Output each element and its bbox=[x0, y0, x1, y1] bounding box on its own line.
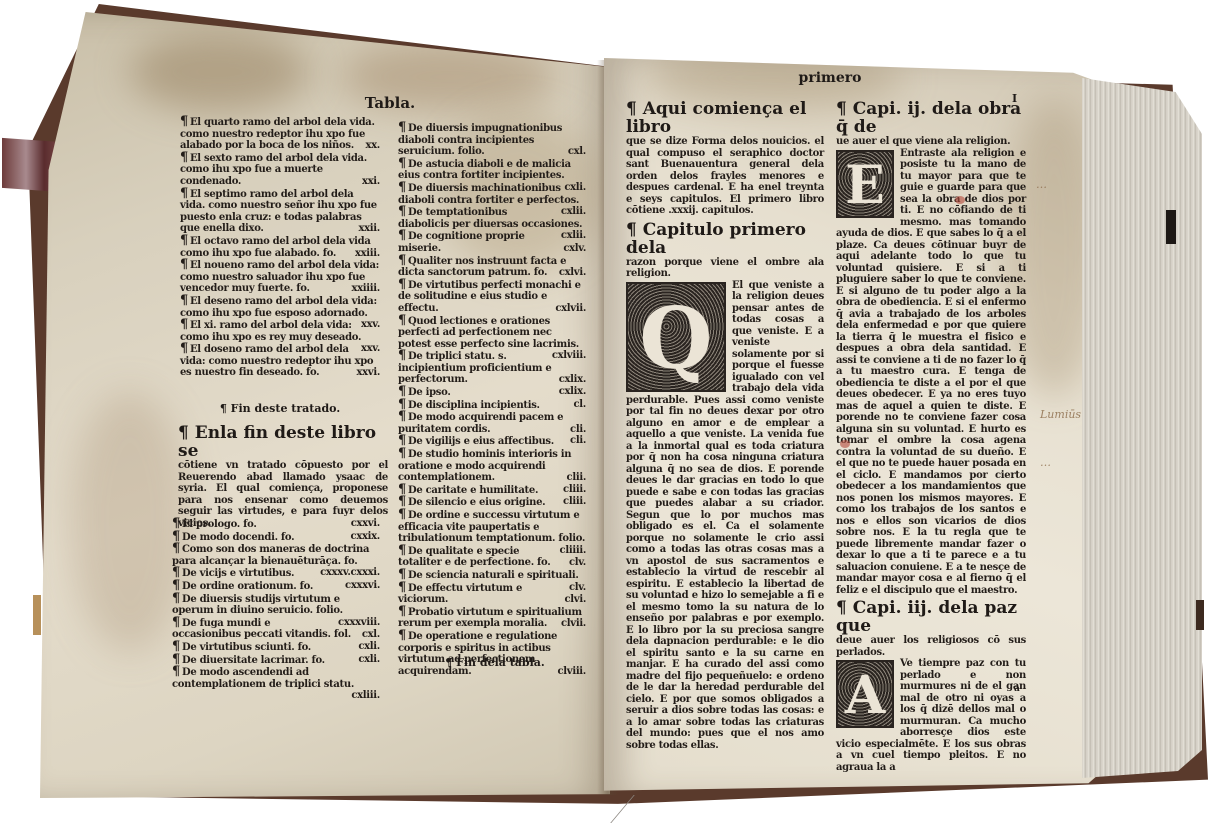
toc-entry: ¶El doseno ramo del arbol dela vida: com… bbox=[180, 343, 380, 379]
toc-entry: ¶De vicijs e virtutibus. cxxxv. bbox=[172, 567, 380, 580]
red-ink-mark bbox=[955, 196, 965, 204]
signature-mark: a bbox=[1014, 684, 1020, 694]
left-col1-toc: ¶El quarto ramo del arbol dela vida. com… bbox=[180, 116, 380, 379]
toc-entry: ¶Quod lectiones e orationes perfecti ad … bbox=[398, 315, 586, 351]
page-tab-marker bbox=[33, 595, 41, 635]
chapter-3-heading: ¶ Capi. iij. dela paz que bbox=[836, 599, 1026, 635]
toc-entry: ¶De ordine e successu virtutum e efficac… bbox=[398, 509, 586, 545]
toc-entry: ¶De astucia diaboli e de malicia eius co… bbox=[398, 158, 586, 182]
toc-entry: ¶De modo ascendendi ad contemplationem d… bbox=[172, 666, 380, 690]
toc-entry: ¶El sexto ramo del arbol dela vida. como… bbox=[180, 152, 380, 188]
toc-entry: ¶De temptationibus diabolicis per diuers… bbox=[398, 206, 586, 230]
toc-entry: ¶De diuersis machinationibus diaboli con… bbox=[398, 182, 586, 206]
toc-entry: ¶De ordine orationum. fo. cxxxvi. bbox=[172, 580, 380, 593]
clasp-lower bbox=[1196, 600, 1204, 630]
decorated-initial: A bbox=[836, 660, 894, 728]
chapter-3-subheading: deue auer los religiosos cō sus perlados… bbox=[836, 635, 1026, 658]
decorated-initial: E bbox=[836, 150, 894, 218]
toc-entry: ¶De modo docendi. fo. cxxix. bbox=[172, 531, 380, 544]
margin-annotation: … bbox=[1040, 456, 1051, 469]
clasp bbox=[1166, 210, 1176, 244]
toc-entry: ¶De diuersis studijs virtutum e operum i… bbox=[172, 593, 380, 617]
toc-entry: ¶El septimo ramo del arbol dela vida. co… bbox=[180, 188, 380, 235]
toc-entry: ¶El deseno ramo del arbol dela vida: com… bbox=[180, 295, 380, 319]
margin-annotation: Lumiūs bbox=[1040, 408, 1081, 421]
toc-entry: ¶De diuersis impugnationibus diaboli con… bbox=[398, 122, 586, 158]
section-heading: ¶ Enla fin deste libro se bbox=[178, 424, 388, 460]
toc-entry: ¶De effectu virtutum e viciorum. clvi. bbox=[398, 582, 586, 606]
page-fore-edge bbox=[1082, 78, 1202, 778]
book-incipit-heading: ¶ Aqui comiença el libro bbox=[626, 100, 824, 136]
toc-entry: ¶De modo acquirendi pacem e puritatem co… bbox=[398, 411, 586, 435]
toc-entry: ¶El prologo. fo. cxxvi. bbox=[172, 518, 380, 531]
decorated-initial: Q bbox=[626, 282, 726, 392]
toc-entry: ¶De operatione e regulatione corporis e … bbox=[398, 630, 586, 677]
toc-entry: ¶De virtutibus perfecti monachi e de sol… bbox=[398, 279, 586, 315]
chapter-2-heading: ¶ Capi. ij. dela obra q̄ de bbox=[836, 100, 1026, 136]
end-of-table: ¶ Fin dela tabla. bbox=[420, 656, 570, 669]
toc-entry: ¶El octavo ramo del arbol dela vida como… bbox=[180, 235, 380, 259]
toc-entry: ¶De disciplina incipientis. cl. bbox=[398, 399, 586, 412]
toc-entry: ¶De studio hominis interioris in oration… bbox=[398, 448, 586, 484]
toc-entry: ¶Como son dos maneras de doctrina para a… bbox=[172, 543, 380, 567]
incipit-paragraph: que se dize Forma delos nouicios. el qua… bbox=[626, 136, 824, 217]
toc-entry: ¶De qualitate e specie totaliter e de pe… bbox=[398, 545, 586, 569]
book-photo: Tabla. ¶El quarto ramo del arbol dela vi… bbox=[0, 0, 1213, 824]
chapter-heading: ¶ Capitulo primero dela bbox=[626, 221, 824, 257]
toc-entry: ¶De diuersitate lacrimar. fo. cxli. bbox=[172, 654, 380, 667]
red-ink-mark bbox=[840, 440, 850, 448]
running-head: primero bbox=[790, 70, 870, 86]
table-heading: Tabla. bbox=[340, 94, 440, 112]
margin-annotation: … bbox=[1036, 178, 1047, 191]
toc-entry: ¶El xi. ramo del arbol dela vida: como i… bbox=[180, 319, 380, 343]
left-col1-section: ¶ Enla fin deste libro se cōtiene vn tra… bbox=[178, 424, 388, 529]
left-col2-toc: ¶De diuersis impugnationibus diaboli con… bbox=[398, 122, 586, 677]
right-col1: ¶ Aqui comiença el libro que se dize For… bbox=[626, 100, 824, 751]
chapter-subheading: razon porque viene el ombre ala religion… bbox=[626, 257, 824, 280]
toc-entry: ¶De sciencia naturali e spirituali. clv. bbox=[398, 569, 586, 582]
toc-entry: ¶De caritate e humilitate. cliii. bbox=[398, 484, 586, 497]
toc-entry: ¶De vigilijs e eius affectibus. cli. bbox=[398, 435, 586, 448]
toc-entry: ¶Qualiter nos instruunt facta e dicta sa… bbox=[398, 255, 586, 279]
toc-entry: ¶De virtutibus sciunti. fo. cxli. bbox=[172, 641, 380, 654]
left-col1-toc2: ¶El prologo. fo. cxxvi. ¶De modo docendi… bbox=[172, 518, 380, 702]
end-of-treatise: ¶ Fin deste tratado. bbox=[200, 402, 360, 415]
toc-entry: ¶De ipso. cxlix. bbox=[398, 386, 586, 399]
toc-entry: ¶De cognitione proprie miserie. cxlv. bbox=[398, 230, 586, 254]
toc-entry: ¶Probatio virtutum e spiritualium rerum … bbox=[398, 606, 586, 630]
chapter-2-subheading: ue auer el que viene ala religion. bbox=[836, 136, 1026, 148]
toc-entry: ¶El noueno ramo del arbol dela vida: com… bbox=[180, 259, 380, 295]
toc-entry: ¶El quarto ramo del arbol dela vida. com… bbox=[180, 116, 380, 152]
right-col2: ¶ Capi. ij. dela obra q̄ de ue auer el q… bbox=[836, 100, 1026, 773]
toc-entry: ¶De silencio e eius origine. cliii. bbox=[398, 496, 586, 509]
